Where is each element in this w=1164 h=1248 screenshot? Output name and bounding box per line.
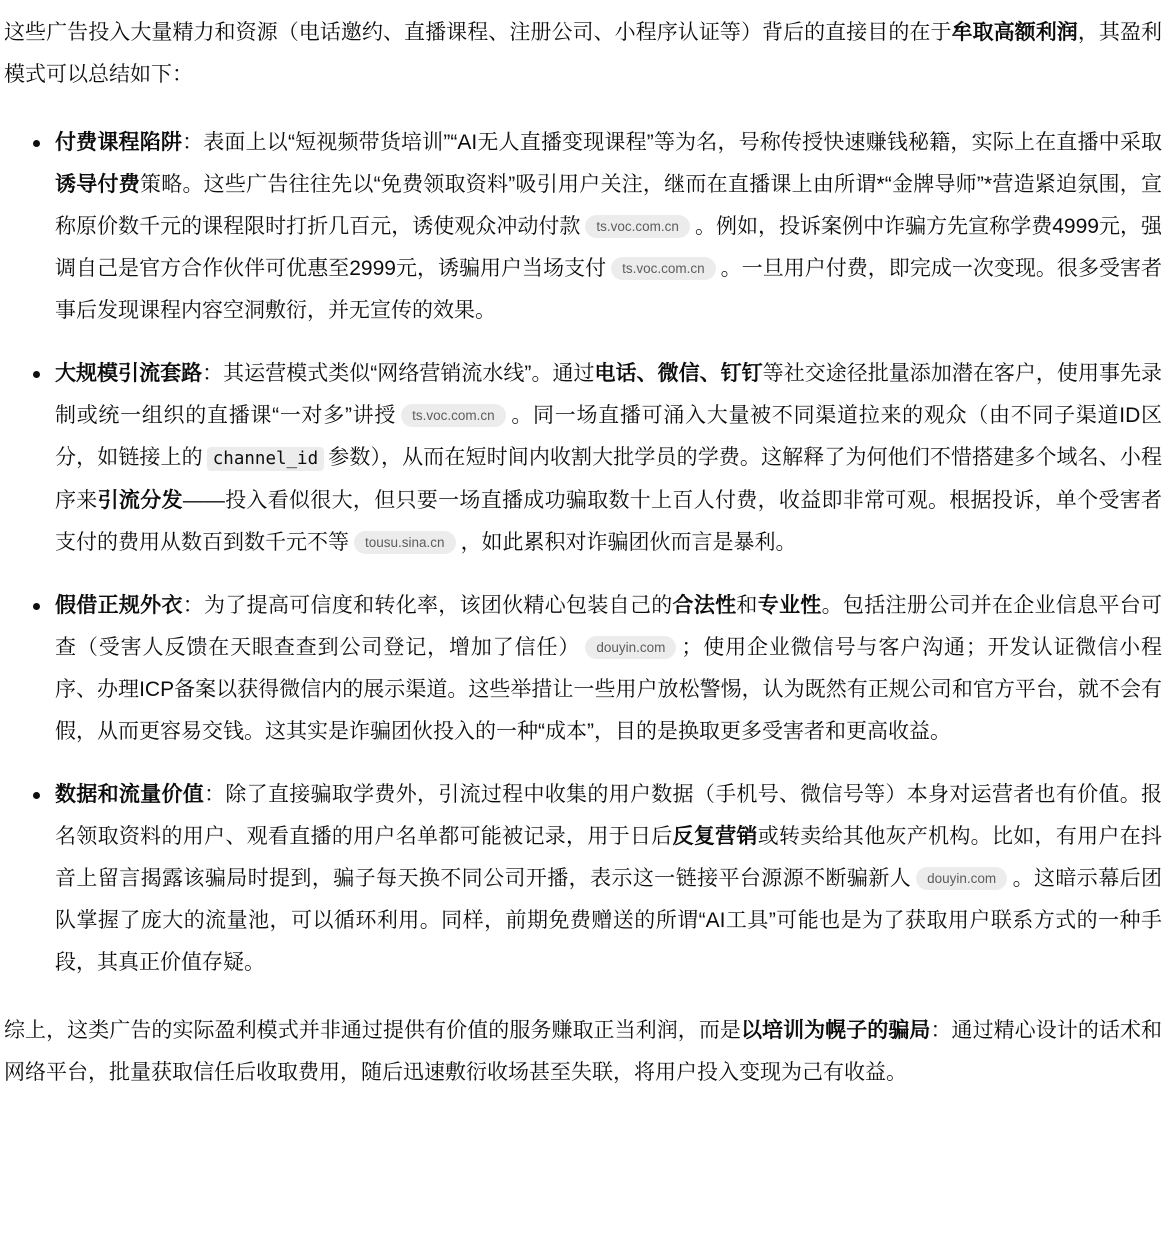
list-item: 假借正规外衣：为了提高可信度和转化率，该团伙精心包装自己的合法性和专业性。包括注… — [55, 585, 1162, 753]
bold-text: 假借正规外衣 — [55, 594, 183, 617]
list-item: 数据和流量价值：除了直接骗取学费外，引流过程中收集的用户数据（手机号、微信号等）… — [55, 774, 1162, 984]
conclusion-paragraph: 综上，这类广告的实际盈利模式并非通过提供有价值的服务赚取正当利润，而是以培训为幌… — [4, 1010, 1162, 1094]
text-run: 和 — [736, 594, 757, 617]
bold-text: 付费课程陷阱 — [55, 131, 182, 154]
bold-text: 引流分发 — [98, 489, 183, 512]
citation-pill[interactable]: tousu.sina.cn — [354, 531, 456, 554]
text-run: ：其运营模式类似“网络营销流水线”。通过 — [202, 362, 594, 385]
bold-text: 专业性 — [758, 594, 822, 617]
text-run: ：为了提高可信度和转化率，该团伙精心包装自己的 — [183, 594, 673, 617]
bold-text: 大规模引流套路 — [55, 362, 202, 385]
citation-pill[interactable]: ts.voc.com.cn — [401, 404, 506, 427]
text-run: ：表面上以“短视频带货培训”“AI无人直播变现课程”等为名，号称传授快速赚钱秘籍… — [182, 131, 1162, 154]
citation-pill[interactable]: ts.voc.com.cn — [585, 215, 690, 238]
bold-text: 数据和流量价值 — [55, 783, 204, 806]
text-run: 这些广告投入大量精力和资源（电话邀约、直播课程、注册公司、小程序认证等）背后的直… — [4, 21, 952, 44]
intro-paragraph: 这些广告投入大量精力和资源（电话邀约、直播课程、注册公司、小程序认证等）背后的直… — [4, 12, 1162, 96]
assistant-message: 这些广告投入大量精力和资源（电话邀约、直播课程、注册公司、小程序认证等）背后的直… — [4, 12, 1162, 1094]
text-run: 综上，这类广告的实际盈利模式并非通过提供有价值的服务赚取正当利润，而是 — [4, 1019, 741, 1042]
bold-text: 反复营销 — [673, 825, 758, 848]
bold-text: 牟取高额利润 — [952, 21, 1078, 44]
profit-model-list: 付费课程陷阱：表面上以“短视频带货培训”“AI无人直播变现课程”等为名，号称传授… — [4, 122, 1162, 984]
citation-pill[interactable]: douyin.com — [916, 867, 1007, 890]
list-item: 大规模引流套路：其运营模式类似“网络营销流水线”。通过电话、微信、钉钉等社交途径… — [55, 353, 1162, 564]
bold-text: 以培训为幌子的骗局 — [741, 1019, 931, 1042]
inline-code: channel_id — [207, 447, 324, 471]
bold-text: 合法性 — [673, 594, 737, 617]
citation-pill[interactable]: douyin.com — [585, 636, 676, 659]
bold-text: 电话、微信、钉钉 — [595, 362, 763, 385]
list-item: 付费课程陷阱：表面上以“短视频带货培训”“AI无人直播变现课程”等为名，号称传授… — [55, 122, 1162, 332]
text-run: ，如此累积对诈骗团伙而言是暴利。 — [461, 531, 797, 554]
citation-pill[interactable]: ts.voc.com.cn — [611, 257, 716, 280]
bold-text: 诱导付费 — [55, 173, 140, 196]
